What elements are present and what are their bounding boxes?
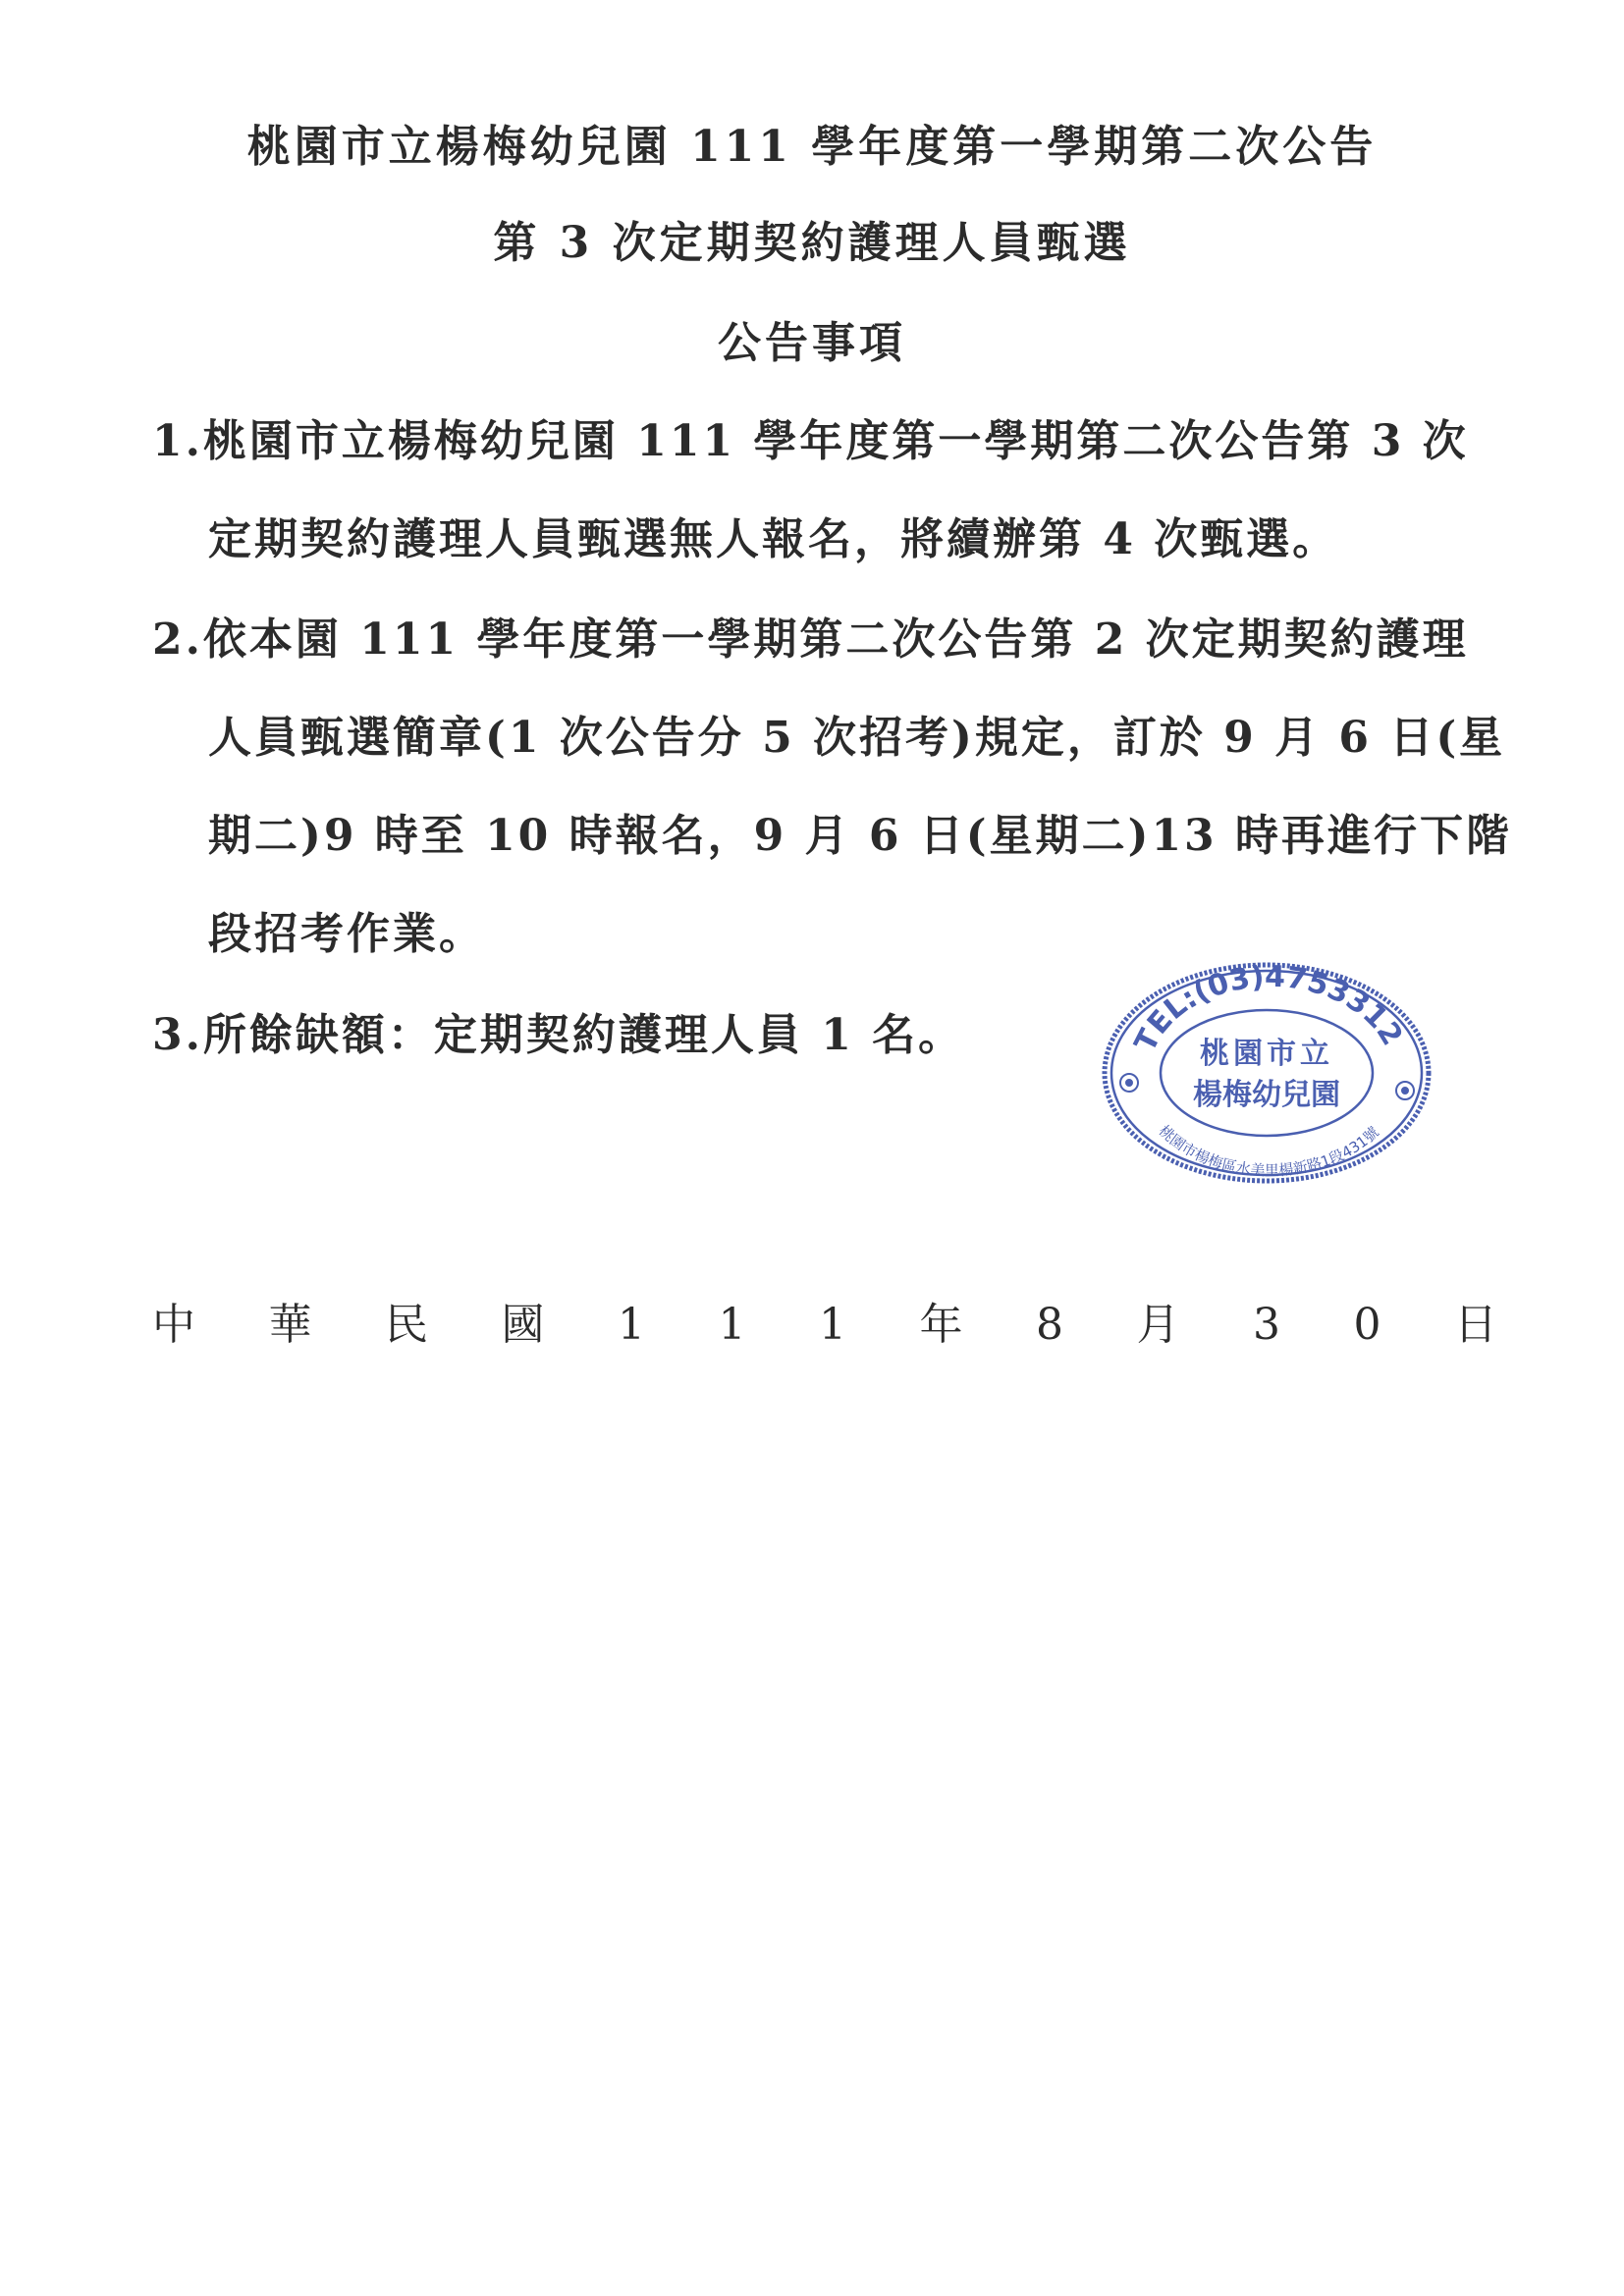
date-char: 1: [719, 1296, 746, 1355]
roc-date: 中 華 民 國 1 1 1 年 8 月 3 0 日: [152, 1296, 1497, 1355]
date-char: 華: [269, 1296, 312, 1355]
date-char: 8: [1036, 1296, 1063, 1355]
svg-text:楊梅幼兒園: 楊梅幼兒園: [1193, 1078, 1340, 1112]
title-line-1: 桃園市立楊梅幼兒園 111 學年度第一學期第二次公告: [0, 118, 1624, 177]
plum-blossom-icon-left: [1120, 1074, 1138, 1092]
item-1-line-1: 1.桃園市立楊梅幼兒園 111 學年度第一學期第二次公告第 3 次: [152, 412, 1469, 471]
document-page: 桃園市立楊梅幼兒園 111 學年度第一學期第二次公告 第 3 次定期契約護理人員…: [0, 0, 1624, 2296]
seal-graphic: TEL:(03)4753312 桃園市楊梅區水美里楊新路1段431號 桃園市立 …: [1098, 957, 1435, 1188]
date-char: 日: [1454, 1296, 1497, 1355]
title-line-2: 第 3 次定期契約護理人員甄選: [0, 214, 1624, 273]
date-char: 年: [920, 1296, 963, 1355]
item-2-line-4: 段招考作業。: [208, 905, 485, 964]
item-2-line-1: 2.依本園 111 學年度第一學期第二次公告第 2 次定期契約護理: [152, 611, 1469, 669]
official-seal-stamp: TEL:(03)4753312 桃園市楊梅區水美里楊新路1段431號 桃園市立 …: [1098, 957, 1435, 1188]
svg-text:桃園市立: 桃園市立: [1200, 1037, 1333, 1071]
item-2-line-2: 人員甄選簡章(1 次公告分 5 次招考)規定，訂於 9 月 6 日(星: [208, 709, 1505, 768]
date-char: 1: [618, 1296, 645, 1355]
section-heading: 公告事項: [0, 314, 1624, 373]
item-3-line-1: 3.所餘缺額：定期契約護理人員 1 名。: [152, 1006, 964, 1065]
date-char: 3: [1253, 1296, 1280, 1355]
date-char: 民: [385, 1296, 428, 1355]
plum-blossom-icon-right: [1396, 1082, 1414, 1099]
date-char: 1: [819, 1296, 846, 1355]
date-char: 月: [1137, 1296, 1180, 1355]
item-1-line-2: 定期契約護理人員甄選無人報名，將續辦第 4 次甄選。: [208, 510, 1338, 569]
svg-text:桃園市楊梅區水美里楊新路1段431號: 桃園市楊梅區水美里楊新路1段431號: [1156, 1122, 1382, 1180]
date-char: 0: [1354, 1296, 1381, 1355]
date-char: 國: [502, 1296, 545, 1355]
date-char: 中: [152, 1296, 195, 1355]
item-2-line-3: 期二)9 時至 10 時報名，9 月 6 日(星期二)13 時再進行下階: [208, 807, 1512, 866]
